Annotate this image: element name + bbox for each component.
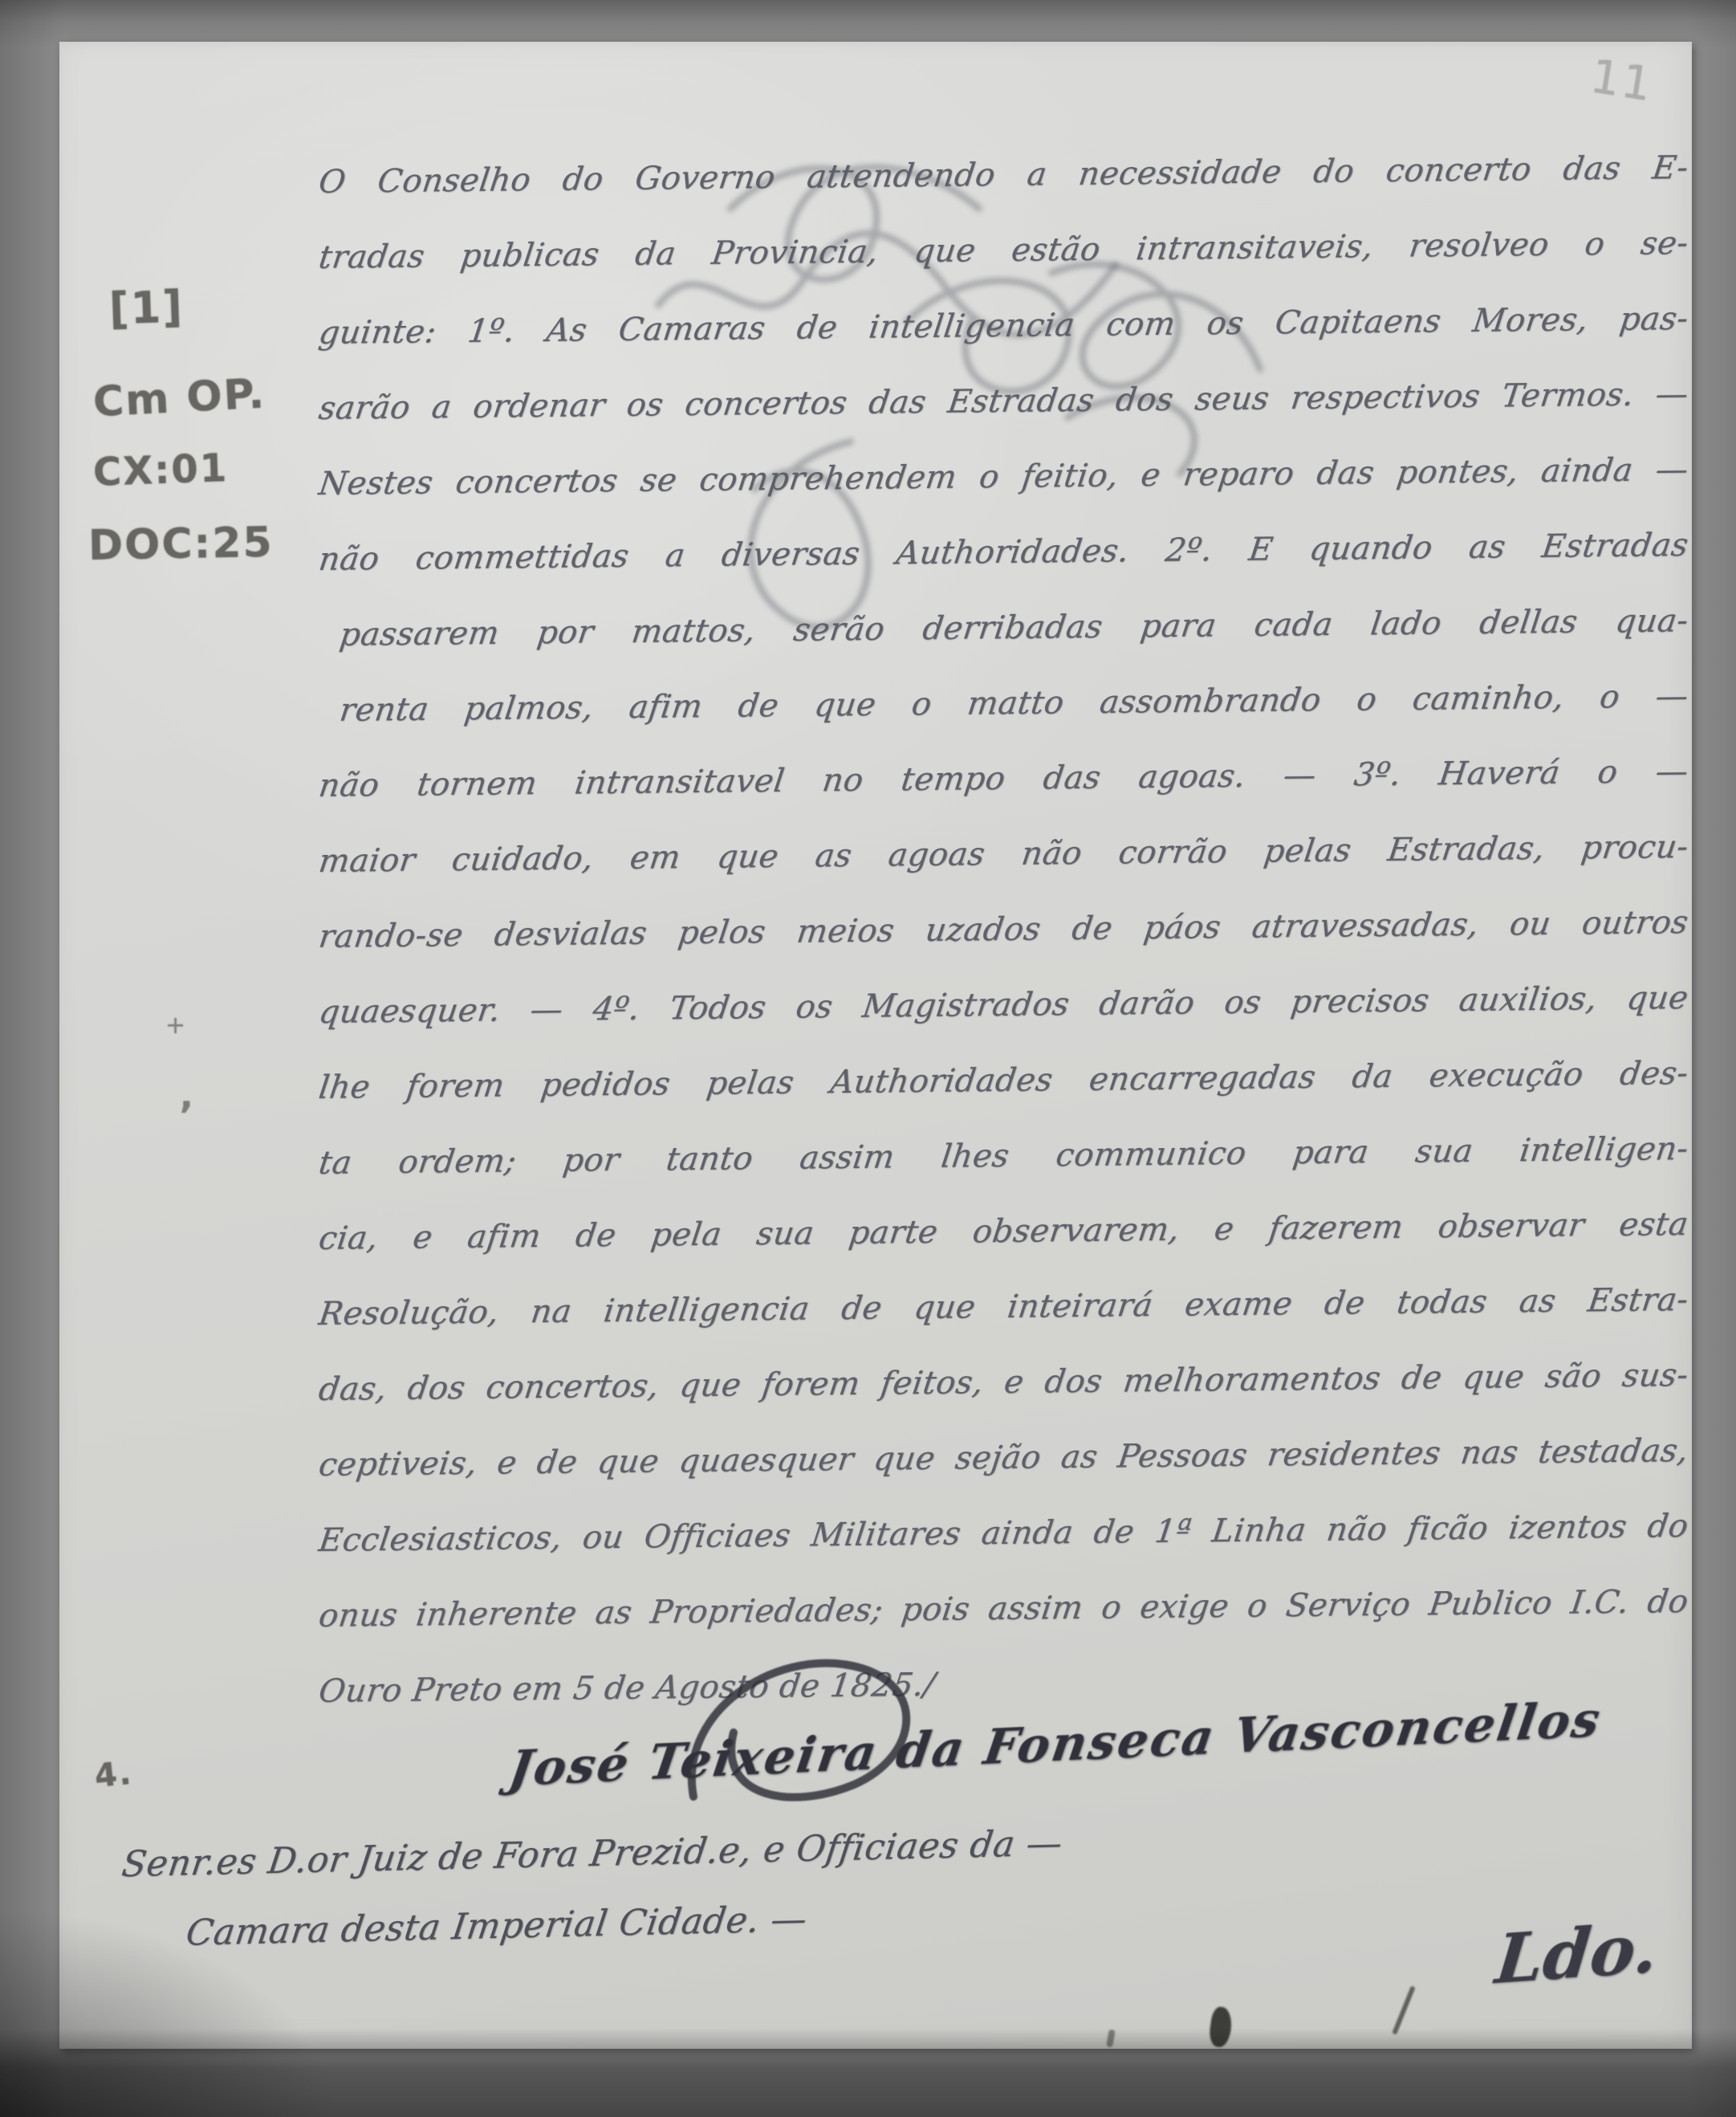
scan-vignette	[0, 0, 1736, 2117]
scanner-bed: [1] Cm OP. CX:01 DOC:25 4. 11 + , O Cons…	[0, 0, 1736, 2117]
